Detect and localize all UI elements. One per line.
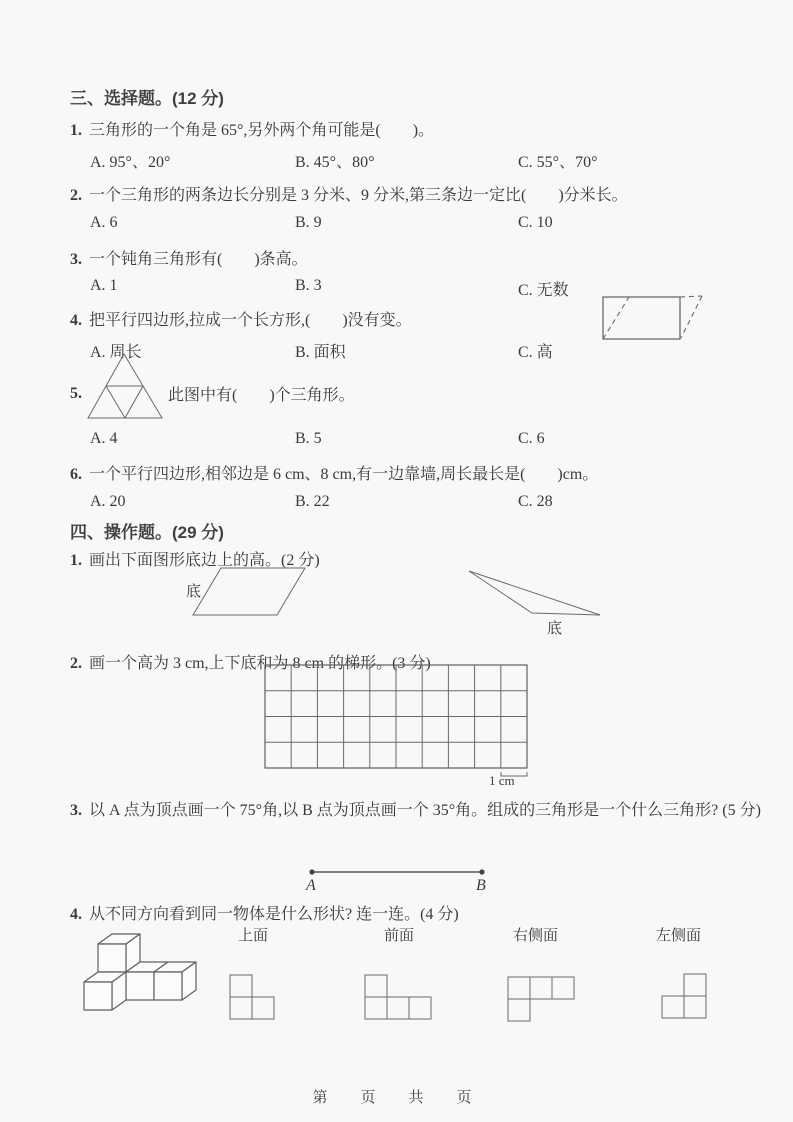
option-b: B. 9: [295, 214, 322, 232]
s3-q5-options: A. 4 B. 5 C. 6: [0, 430, 793, 454]
base-label-triangle: 底: [547, 617, 562, 638]
question-text: 把平行四边形,拉成一个长方形,( )没有变。: [89, 312, 412, 329]
option-a: A. 1: [90, 277, 118, 295]
s3-q6-options: A. 20 B. 22 C. 28: [0, 493, 793, 517]
s4-question-1: 1.画出下面图形底边上的高。(2 分): [70, 547, 770, 574]
left-side-view-shape: [661, 973, 708, 1020]
option-b: B. 45°、80°: [295, 149, 374, 172]
option-c: C. 无数: [518, 277, 569, 300]
base-label-parallelogram: 底: [186, 580, 201, 601]
option-c: C. 6: [518, 430, 545, 448]
parallelogram-with-base-figure: [183, 558, 313, 620]
view-label-front: 前面: [384, 924, 414, 945]
section3-heading: 三、选择题。(12 分): [70, 84, 224, 109]
question-text: 一个三角形的两条边长分别是 3 分米、9 分米,第三条边一定比( )分米长。: [89, 187, 628, 204]
question-number: 4.: [70, 312, 82, 329]
section4-heading: 四、操作题。(29 分): [70, 518, 224, 543]
question-number: 3.: [70, 802, 82, 819]
square-grid-figure: [264, 664, 529, 784]
s3-q1-options: A. 95°、20° B. 45°、80° C. 55°、70°: [0, 149, 793, 173]
question-number: 4.: [70, 906, 82, 923]
one-cm-label: 1 cm: [489, 773, 515, 789]
option-c: C. 10: [518, 214, 553, 232]
s3-question-6: 6.一个平行四边形,相邻边是 6 cm、8 cm,有一边靠墙,周长最长是( )c…: [70, 461, 770, 488]
question-text: 一个钝角三角形有( )条高。: [89, 251, 308, 268]
question-number: 6.: [70, 466, 82, 483]
question-text: 从不同方向看到同一物体是什么形状? 连一连。(4 分): [89, 906, 459, 923]
option-c: C. 55°、70°: [518, 149, 597, 172]
obtuse-triangle-with-base-figure: [460, 564, 606, 620]
question-text: 一个平行四边形,相邻边是 6 cm、8 cm,有一边靠墙,周长最长是( )cm。: [89, 466, 598, 483]
option-c: C. 高: [518, 339, 553, 362]
s4-question-3: 3.以 A 点为顶点画一个 75°角,以 B 点为顶点画一个 35°角。组成的三…: [70, 797, 770, 824]
point-a-label: A: [306, 877, 316, 895]
page-footer: 第 页 共 页: [0, 1086, 793, 1107]
question-number: 5.: [70, 385, 82, 402]
test-paper-page: 三、选择题。(12 分) 1.三角形的一个角是 65°,另外两个角可能是( )。…: [0, 0, 793, 1122]
cubes-3d-figure: [80, 930, 202, 1015]
point-b-label: B: [476, 877, 486, 895]
s3-q2-options: A. 6 B. 9 C. 10: [0, 214, 793, 238]
s3-question-5-text: 此图中有( )个三角形。: [168, 382, 588, 409]
front-view-shape: [364, 974, 433, 1021]
question-number: 2.: [70, 655, 82, 672]
question-number: 1.: [70, 552, 82, 569]
option-b: B. 面积: [295, 339, 346, 362]
option-c: C. 28: [518, 493, 553, 511]
right-side-view-shape: [507, 976, 576, 1023]
option-b: B. 5: [295, 430, 322, 448]
option-a: A. 95°、20°: [90, 149, 170, 172]
question-text: 以 A 点为顶点画一个 75°角,以 B 点为顶点画一个 35°角。组成的三角形…: [89, 802, 761, 819]
question-text: 三角形的一个角是 65°,另外两个角可能是( )。: [89, 122, 434, 139]
view-label-left-side: 左侧面: [656, 924, 701, 945]
question-number: 1.: [70, 122, 82, 139]
option-b: B. 22: [295, 493, 330, 511]
s3-question-2: 2.一个三角形的两条边长分别是 3 分米、9 分米,第三条边一定比( )分米长。: [70, 182, 770, 209]
option-a: A. 4: [90, 430, 118, 448]
question-number: 3.: [70, 251, 82, 268]
question-number: 2.: [70, 187, 82, 204]
s3-question-3: 3.一个钝角三角形有( )条高。: [70, 246, 770, 273]
subdivided-triangle-figure: [85, 351, 167, 421]
rectangle-parallelogram-figure: [598, 292, 708, 344]
view-label-right-side: 右侧面: [513, 924, 558, 945]
option-a: A. 6: [90, 214, 118, 232]
s3-question-1: 1.三角形的一个角是 65°,另外两个角可能是( )。: [70, 117, 770, 144]
segment-ab-figure: [303, 863, 491, 881]
top-view-shape: [229, 974, 276, 1021]
option-b: B. 3: [295, 277, 322, 295]
view-label-top: 上面: [238, 924, 268, 945]
option-a: A. 20: [90, 493, 126, 511]
